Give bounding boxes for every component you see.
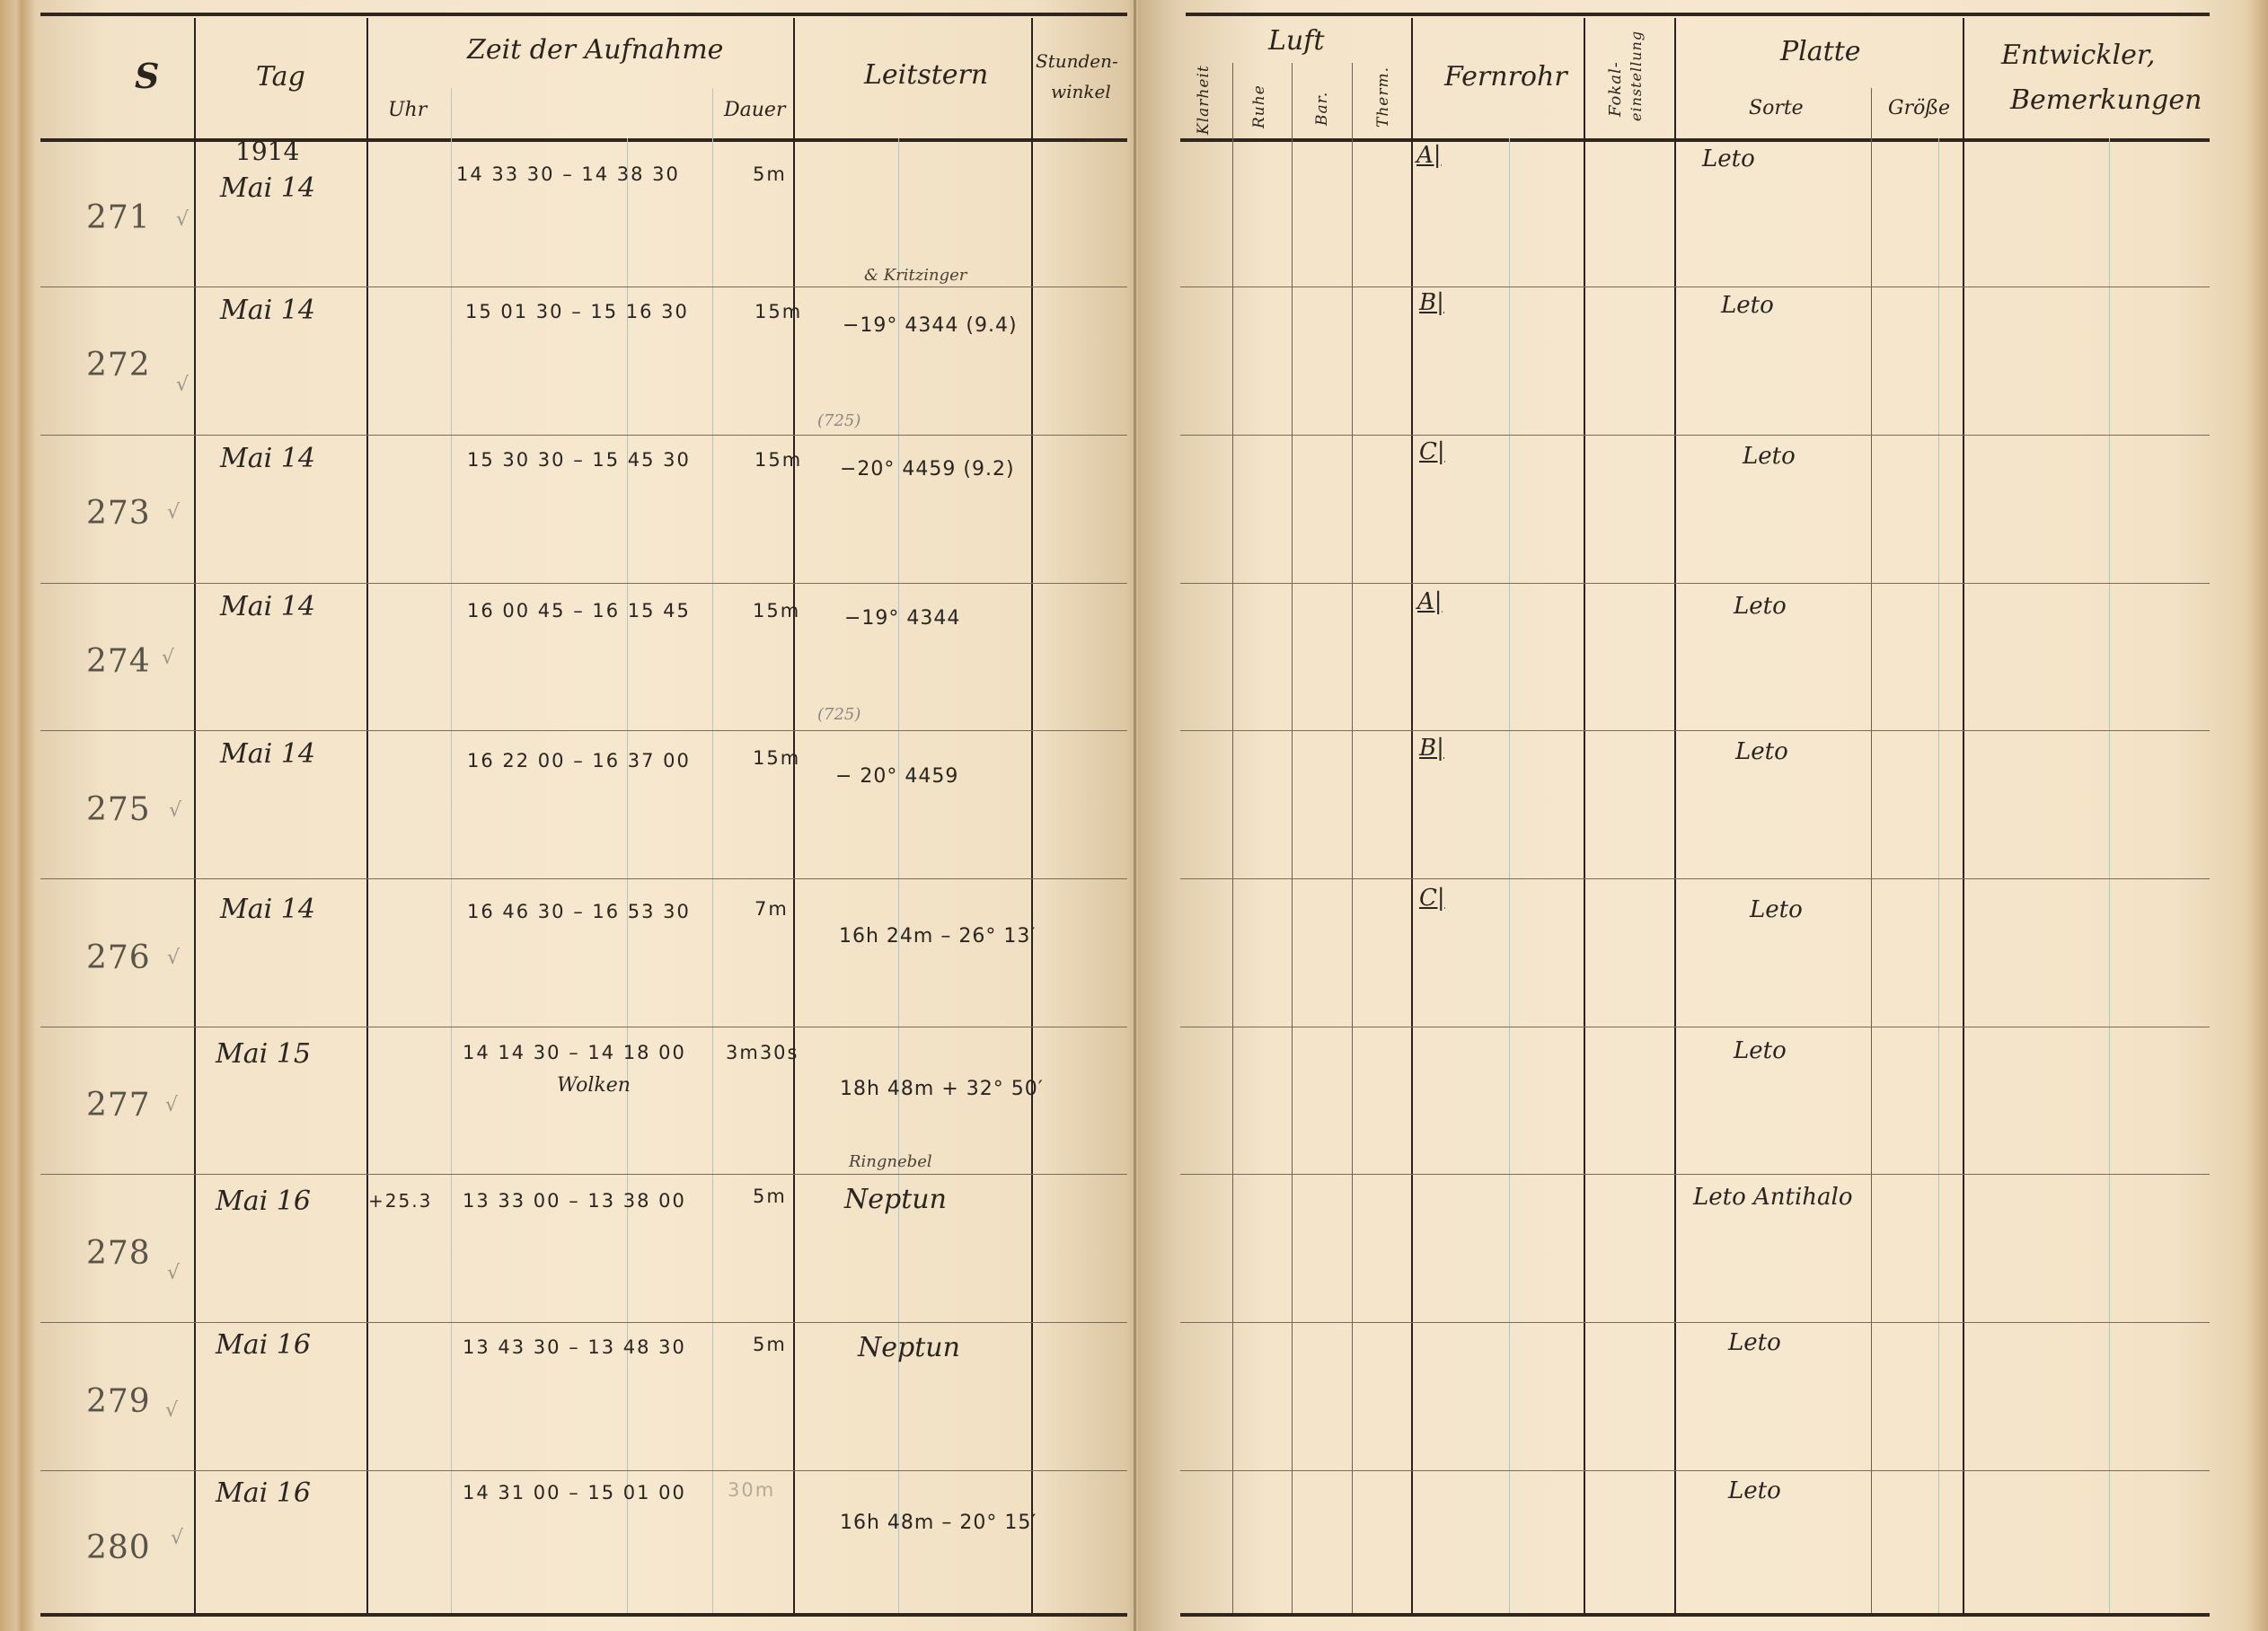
header-fernrohr: Fernrohr bbox=[1444, 61, 1567, 93]
right-col-divider-bar bbox=[1352, 63, 1353, 1613]
leitstern-note: Ringnebel bbox=[849, 1152, 932, 1171]
right-col-divider-platte bbox=[1963, 18, 1964, 1613]
left-col-divider-zeit bbox=[793, 18, 795, 1613]
plate-number: 277 bbox=[86, 1087, 151, 1124]
exposure-time: 13 33 00 – 13 38 00 bbox=[463, 1190, 686, 1212]
check-mark: √ bbox=[167, 947, 180, 969]
check-mark: √ bbox=[167, 1262, 180, 1284]
telescope-code: C| bbox=[1419, 438, 1445, 465]
left-row-rule bbox=[40, 1027, 1127, 1027]
right-col-divider-fernrohr-mid bbox=[1509, 138, 1510, 1613]
day: Mai 14 bbox=[220, 591, 315, 622]
right-row-rule bbox=[1180, 1174, 2210, 1175]
plate-type: Leto bbox=[1728, 1329, 1781, 1356]
day: Mai 16 bbox=[216, 1329, 311, 1361]
right-col-divider-entwickler-mid bbox=[2109, 138, 2110, 1613]
day: Mai 16 bbox=[216, 1477, 311, 1509]
exposure-time: 16 46 30 – 16 53 30 bbox=[467, 901, 691, 922]
guide-star: 18h 48m + 32° 50′ bbox=[840, 1078, 1044, 1100]
right-row-rule bbox=[1180, 583, 2210, 584]
right-table-bottom-rule bbox=[1180, 1613, 2210, 1617]
plate-number: 279 bbox=[86, 1383, 151, 1420]
exposure-time: 16 22 00 – 16 37 00 bbox=[467, 750, 691, 771]
header-groesse: Größe bbox=[1888, 97, 1950, 119]
right-col-divider-sorte bbox=[1871, 88, 1872, 1613]
guide-star: −19° 4344 (9.4) bbox=[843, 314, 1018, 337]
right-page bbox=[1141, 0, 2268, 1631]
check-mark: √ bbox=[176, 208, 189, 231]
plate-type: Leto bbox=[1735, 738, 1788, 765]
check-mark: √ bbox=[162, 647, 174, 669]
telescope-code: C| bbox=[1419, 885, 1445, 912]
header-therm: Therm. bbox=[1374, 66, 1392, 128]
right-col-divider-fernrohr bbox=[1584, 18, 1585, 1613]
plate-number: 272 bbox=[86, 347, 151, 384]
right-row-rule bbox=[1180, 878, 2210, 879]
check-mark: √ bbox=[165, 1094, 178, 1116]
duration: 5m bbox=[753, 1334, 787, 1355]
duration: 7m bbox=[755, 898, 789, 920]
left-col-divider-zeit-mid bbox=[627, 138, 628, 1613]
right-row-rule bbox=[1180, 1027, 2210, 1027]
duration: 15m bbox=[753, 600, 800, 622]
plate-type: Leto bbox=[1702, 145, 1755, 172]
right-header-bottom-rule bbox=[1180, 138, 2210, 142]
telescope-code: A| bbox=[1416, 142, 1442, 169]
duration: 5m bbox=[753, 1186, 787, 1207]
plate-number: 275 bbox=[86, 791, 151, 828]
clock-correction: +25.3 bbox=[368, 1190, 432, 1212]
left-table-bottom-rule bbox=[40, 1613, 1127, 1617]
day: Mai 15 bbox=[216, 1038, 311, 1070]
right-col-divider-fokal bbox=[1674, 18, 1676, 1613]
header-uhr: Uhr bbox=[388, 99, 427, 121]
header-s: S bbox=[135, 56, 159, 96]
plate-type: Leto Antihalo bbox=[1693, 1184, 1853, 1211]
plate-number: 278 bbox=[86, 1235, 151, 1272]
telescope-code: B| bbox=[1419, 289, 1444, 316]
plate-number: 276 bbox=[86, 939, 151, 976]
check-mark: √ bbox=[171, 1527, 183, 1549]
leitstern-note: & Kritzinger bbox=[864, 266, 966, 285]
exposure-time: 16 00 45 – 16 15 45 bbox=[467, 600, 691, 622]
exposure-time: 14 14 30 – 14 18 00 bbox=[463, 1042, 686, 1063]
left-row-rule bbox=[40, 1322, 1127, 1323]
plate-number: 271 bbox=[86, 199, 151, 236]
left-col-divider-uhr bbox=[451, 88, 452, 1613]
left-row-rule bbox=[40, 1470, 1127, 1471]
year: 1914 bbox=[235, 137, 299, 166]
header-zeit-der-aufnahme: Zeit der Aufnahme bbox=[467, 34, 723, 66]
header-bemerkungen: Bemerkungen bbox=[2010, 84, 2202, 116]
duration: 3m30s bbox=[726, 1042, 799, 1063]
day: Mai 16 bbox=[216, 1186, 311, 1217]
exposure-time: 14 33 30 – 14 38 30 bbox=[456, 163, 680, 185]
leitstern-note: (725) bbox=[817, 411, 860, 430]
left-header-bottom-rule bbox=[40, 138, 1127, 142]
header-bar: Bar. bbox=[1313, 92, 1331, 126]
telescope-code: A| bbox=[1417, 588, 1443, 615]
header-stundenwinkel-2: winkel bbox=[1051, 81, 1111, 102]
exposure-note: Wolken bbox=[557, 1074, 631, 1097]
header-sorte: Sorte bbox=[1749, 97, 1804, 119]
day: Mai 14 bbox=[220, 894, 315, 925]
day: Mai 14 bbox=[220, 172, 315, 204]
right-row-rule bbox=[1180, 435, 2210, 436]
day: Mai 14 bbox=[220, 738, 315, 770]
plate-number: 280 bbox=[86, 1530, 151, 1566]
plate-type: Leto bbox=[1750, 896, 1803, 923]
duration: 15m bbox=[753, 747, 800, 769]
exposure-time: 15 30 30 – 15 45 30 bbox=[467, 449, 691, 471]
check-mark: √ bbox=[167, 501, 180, 524]
right-col-divider-luft bbox=[1411, 18, 1413, 1613]
header-leitstern: Leitstern bbox=[864, 59, 988, 91]
right-row-rule bbox=[1180, 730, 2210, 731]
guide-star: −19° 4344 bbox=[844, 607, 960, 630]
left-row-rule bbox=[40, 1174, 1127, 1175]
header-fokal-1: Fokal- bbox=[1606, 61, 1625, 117]
guide-star: Neptun bbox=[844, 1184, 947, 1215]
header-entwickler: Entwickler, bbox=[2001, 40, 2155, 71]
header-fokal-2: einstellung bbox=[1628, 31, 1645, 121]
duration: 30m bbox=[728, 1479, 775, 1501]
guide-star: 16h 48m – 20° 15′ bbox=[840, 1512, 1037, 1534]
header-tag: Tag bbox=[256, 61, 305, 93]
duration: 15m bbox=[755, 449, 802, 471]
header-platte: Platte bbox=[1780, 36, 1861, 67]
left-row-rule bbox=[40, 287, 1127, 287]
duration: 15m bbox=[755, 301, 802, 322]
left-header-top-rule bbox=[40, 13, 1127, 16]
check-mark: √ bbox=[176, 374, 189, 396]
book-spine bbox=[1134, 0, 1136, 1631]
check-mark: √ bbox=[169, 799, 181, 822]
day: Mai 14 bbox=[220, 443, 315, 474]
left-col-divider-leitstern-mid bbox=[898, 138, 899, 1613]
exposure-time: 13 43 30 – 13 48 30 bbox=[463, 1336, 686, 1358]
right-col-divider-klarheit bbox=[1232, 63, 1233, 1613]
exposure-time: 14 31 00 – 15 01 00 bbox=[463, 1482, 686, 1503]
left-col-divider-s bbox=[194, 18, 196, 1613]
check-mark: √ bbox=[165, 1399, 178, 1422]
guide-star: − 20° 4459 bbox=[835, 765, 958, 788]
right-row-rule bbox=[1180, 1322, 2210, 1323]
plate-number: 274 bbox=[86, 643, 151, 680]
left-row-rule bbox=[40, 730, 1127, 731]
duration: 5m bbox=[753, 163, 787, 185]
right-header-top-rule bbox=[1186, 13, 2210, 16]
telescope-code: B| bbox=[1419, 735, 1444, 762]
plate-type: Leto bbox=[1721, 292, 1774, 319]
plate-type: Leto bbox=[1743, 443, 1796, 470]
header-klarheit: Klarheit bbox=[1195, 65, 1213, 135]
header-stundenwinkel-1: Stunden- bbox=[1036, 50, 1118, 72]
exposure-time: 15 01 30 – 15 16 30 bbox=[465, 301, 689, 322]
right-col-divider-groesse-mid bbox=[1938, 138, 1939, 1613]
header-dauer: Dauer bbox=[724, 99, 785, 121]
guide-star: 16h 24m – 26° 13′ bbox=[839, 925, 1036, 948]
right-row-rule bbox=[1180, 287, 2210, 287]
day: Mai 14 bbox=[220, 295, 315, 326]
left-row-rule bbox=[40, 878, 1127, 879]
header-ruhe: Ruhe bbox=[1250, 84, 1268, 128]
plate-type: Leto bbox=[1734, 1037, 1787, 1064]
guide-star: −20° 4459 (9.2) bbox=[840, 458, 1015, 480]
left-col-divider-dauer bbox=[712, 88, 713, 1613]
leitstern-note: (725) bbox=[817, 705, 860, 724]
right-col-divider-ruhe bbox=[1292, 63, 1293, 1613]
left-col-divider-tag bbox=[366, 18, 368, 1613]
plate-number: 273 bbox=[86, 495, 151, 532]
plate-type: Leto bbox=[1734, 593, 1787, 620]
guide-star: Neptun bbox=[858, 1332, 960, 1363]
header-luft: Luft bbox=[1268, 25, 1324, 57]
left-col-divider-leitstern bbox=[1031, 18, 1033, 1613]
left-row-rule bbox=[40, 435, 1127, 436]
right-row-rule bbox=[1180, 1470, 2210, 1471]
plate-type: Leto bbox=[1728, 1477, 1781, 1504]
left-row-rule bbox=[40, 583, 1127, 584]
